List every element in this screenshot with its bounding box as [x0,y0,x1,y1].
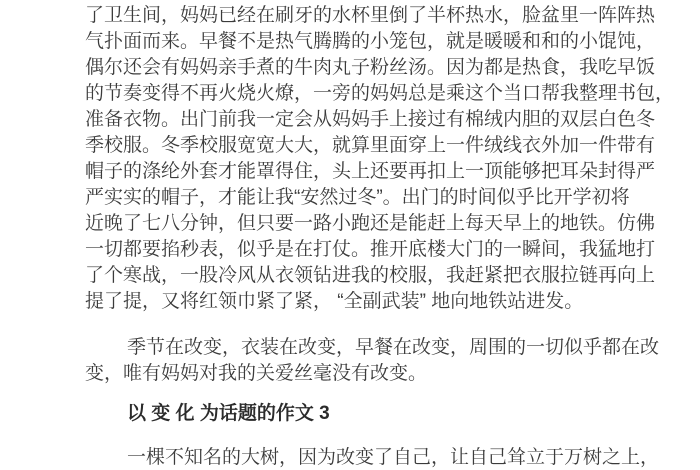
text-line: 季节在改变，衣装在改变，早餐在改变，周围的一切似乎都在改 [85,335,625,361]
text-line: 提了提，又将红领巾紧了紧， “全副武装” 地向地铁站进发。 [85,289,625,315]
text-line: 变，唯有妈妈对我的关爱丝毫没有改变。 [85,361,625,387]
section-heading: 以 变 化 为话题的作文 3 [85,401,625,427]
document-page: 了卫生间，妈妈已经在刷牙的水杯里倒了半杯热水，脸盆里一阵阵热 气扑面而来。早餐不… [0,0,700,470]
text-line: 准备衣物。出门前我一定会从妈妈手上接过有棉绒内胆的双层白色冬 [85,107,625,133]
text-line: 近晚了七八分钟，但只要一路小跑还是能赶上每天早上的地铁。仿佛 [85,211,625,237]
text-line: 一切都要掐秒表，似乎是在打仗。推开底楼大门的一瞬间，我猛地打 [85,237,625,263]
text-line: 气扑面而来。早餐不是热气腾腾的小笼包，就是暖暖和和的小馄饨， [85,29,625,55]
text-line: 了卫生间，妈妈已经在刷牙的水杯里倒了半杯热水，脸盆里一阵阵热 [85,3,625,29]
text-line: 季校服。冬季校服宽宽大大，就算里面穿上一件绒线衣外加一件带有 [85,133,625,159]
text-line: 的节奏变得不再火烧火燎，一旁的妈妈总是乘这个当口帮我整理书包， [85,81,625,107]
paragraph-continuation: 了卫生间，妈妈已经在刷牙的水杯里倒了半杯热水，脸盆里一阵阵热 气扑面而来。早餐不… [85,3,625,315]
text-line: 帽子的涤纶外套才能罩得住，头上还要再扣上一顶能够把耳朵封得严 [85,159,625,185]
paragraph-summary: 季节在改变，衣装在改变，早餐在改变，周围的一切似乎都在改 变，唯有妈妈对我的关爱… [85,335,625,387]
text-line: 偶尔还会有妈妈亲手煮的牛肉丸子粉丝汤。因为都是热食，我吃早饭 [85,55,625,81]
text-line: 严实实的帽子，才能让我“安然过冬”。出门的时间似乎比开学初将 [85,185,625,211]
paragraph-essay3-start: 一棵不知名的大树，因为改变了自己，让自己耸立于万树之上， [85,445,625,470]
text-line: 一棵不知名的大树，因为改变了自己，让自己耸立于万树之上， [85,445,625,470]
essay-text-block: 了卫生间，妈妈已经在刷牙的水杯里倒了半杯热水，脸盆里一阵阵热 气扑面而来。早餐不… [85,3,625,470]
text-line: 了个寒战，一股冷风从衣领钻进我的校服，我赶紧把衣服拉链再向上 [85,263,625,289]
